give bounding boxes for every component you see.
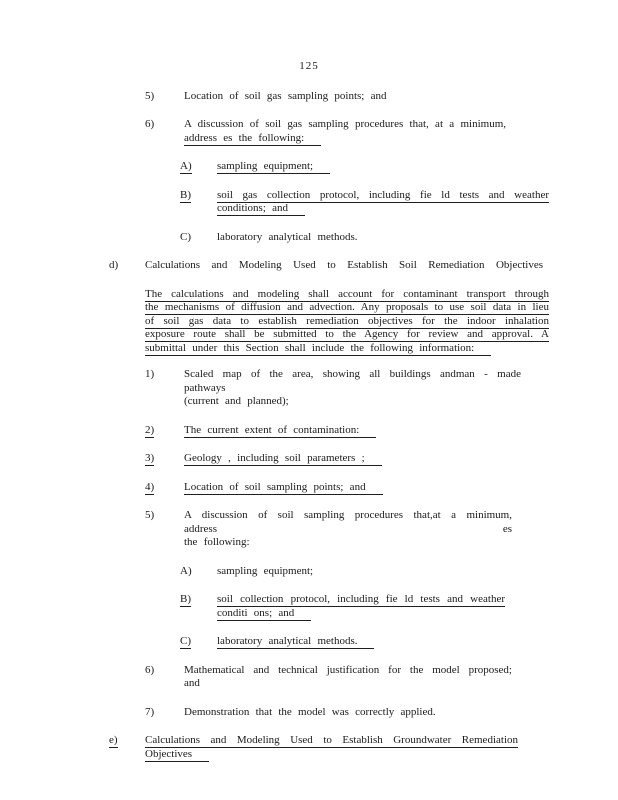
text-line: The calculations and modeling shall acco… — [145, 288, 549, 302]
item-content: Geology , including soil parameters ; — [184, 452, 512, 466]
item-marker: 3) — [145, 452, 184, 466]
item-content: Scaled map of the area, showing all buil… — [184, 368, 521, 409]
item-marker: B) — [180, 189, 217, 216]
text-line: A discussion of soil sampling procedures… — [184, 509, 512, 536]
text-segment: submittal under this Section shall inclu… — [145, 342, 491, 356]
text-segment: laboratory analytical methods. — [217, 635, 374, 649]
item-marker: A) — [180, 565, 217, 579]
item-marker-label: e) — [109, 734, 118, 748]
item-marker-label: 3) — [145, 452, 154, 466]
list-item: 6)A discussion of soil gas sampling proc… — [0, 118, 618, 145]
text-line: sampling equipment; — [217, 565, 505, 579]
item-content: The calculations and modeling shall acco… — [145, 288, 549, 356]
item-marker: 2) — [145, 424, 184, 438]
item-marker-label: 6) — [145, 118, 154, 130]
text-line: laboratory analytical methods. — [217, 635, 505, 649]
item-content: sampling equipment; — [217, 160, 505, 174]
item-marker: 7) — [145, 706, 184, 720]
text-line: Location of soil gas sampling points; an… — [184, 90, 512, 104]
list-item: A)sampling equipment; — [0, 565, 618, 579]
text-segment: Calculations and Modeling Used to Establ… — [145, 259, 543, 271]
document-page: 125 5)Location of soil gas sampling poin… — [0, 0, 618, 800]
text-line: submittal under this Section shall inclu… — [145, 342, 549, 356]
text-line: Scaled map of the area, showing all buil… — [184, 368, 521, 395]
item-marker: 5) — [145, 509, 184, 550]
item-content: Demonstration that the model was correct… — [184, 706, 512, 720]
text-segment: Objectives — [145, 748, 209, 762]
item-marker-label: 6) — [145, 664, 154, 676]
text-line: of soil gas data to establish remediatio… — [145, 315, 549, 329]
item-marker-label: B) — [180, 593, 191, 607]
item-marker: 6) — [145, 664, 184, 691]
text-line: the following: — [184, 536, 512, 550]
text-line: the mechanisms of diffusion and advectio… — [145, 301, 549, 315]
item-marker: B) — [180, 593, 217, 620]
text-segment: Location of soil gas sampling points; an… — [184, 90, 386, 102]
item-marker-label: 5) — [145, 509, 154, 521]
item-marker-label: 1) — [145, 368, 154, 380]
text-line: conditions; and — [217, 202, 549, 216]
list-item: 1)Scaled map of the area, showing all bu… — [0, 368, 618, 409]
item-marker: 5) — [145, 90, 184, 104]
text-line: exposure route shall be submitted to the… — [145, 328, 549, 342]
item-marker: d) — [109, 259, 145, 273]
text-line: Demonstration that the model was correct… — [184, 706, 512, 720]
item-content: The current extent of contamination: — [184, 424, 512, 438]
item-marker: A) — [180, 160, 217, 174]
item-content: A discussion of soil gas sampling proced… — [184, 118, 506, 145]
text-line: The current extent of contamination: — [184, 424, 512, 438]
item-content: A discussion of soil sampling procedures… — [184, 509, 512, 550]
text-segment: exposure route shall be submitted to the… — [145, 328, 549, 342]
text-segment: address es the following: — [184, 132, 321, 146]
item-marker-label: A) — [180, 565, 192, 577]
item-marker-label: 5) — [145, 90, 154, 102]
text-segment: The current extent of contamination: — [184, 424, 376, 438]
text-line: soil collection protocol, including fie … — [217, 593, 505, 607]
item-content: soil collection protocol, including fie … — [217, 593, 505, 620]
text-line: laboratory analytical methods. — [217, 231, 505, 245]
text-line: Calculations and Modeling Used to Establ… — [145, 259, 543, 273]
item-content: soil gas collection protocol, including … — [217, 189, 549, 216]
text-segment: soil collection protocol, including fie … — [217, 593, 505, 607]
list-item: 7)Demonstration that the model was corre… — [0, 706, 618, 720]
text-line: A discussion of soil gas sampling proced… — [184, 118, 506, 132]
item-marker-label: 2) — [145, 424, 154, 438]
text-line: (current and planned); — [184, 395, 521, 409]
item-marker: 1) — [145, 368, 184, 409]
item-marker: 6) — [145, 118, 184, 145]
list-item: 2)The current extent of contamination: — [0, 424, 618, 438]
text-line: Mathematical and technical justification… — [184, 664, 512, 691]
list-item: C)laboratory analytical methods. — [0, 231, 618, 245]
text-segment: the following: — [184, 536, 250, 548]
text-segment: soil gas collection protocol, including … — [217, 189, 549, 203]
text-segment: conditions; and — [217, 202, 305, 216]
item-marker: 4) — [145, 481, 184, 495]
text-line: address es the following: — [184, 132, 506, 146]
item-marker-label: A) — [180, 160, 192, 174]
text-segment: of soil gas data to establish remediatio… — [145, 315, 549, 329]
list-item: 6)Mathematical and technical justificati… — [0, 664, 618, 691]
item-marker-label: d) — [109, 259, 118, 271]
item-marker-label: 4) — [145, 481, 154, 495]
document-body: 5)Location of soil gas sampling points; … — [0, 90, 618, 762]
list-item: 4)Location of soil sampling points; and — [0, 481, 618, 495]
text-segment: Scaled map of the area, showing all buil… — [184, 368, 521, 394]
item-marker-label: C) — [180, 635, 191, 649]
text-segment: Demonstration that the model was correct… — [184, 706, 436, 718]
list-item: 5)A discussion of soil sampling procedur… — [0, 509, 618, 550]
item-content: laboratory analytical methods. — [217, 231, 505, 245]
item-marker: e) — [109, 734, 145, 761]
item-content: laboratory analytical methods. — [217, 635, 505, 649]
text-segment: A discussion of soil sampling procedures… — [184, 509, 512, 535]
item-content: Calculations and Modeling Used to Establ… — [145, 734, 518, 761]
list-item: B)soil gas collection protocol, includin… — [0, 189, 618, 216]
text-segment: (current and planned); — [184, 395, 289, 407]
item-content: Location of soil gas sampling points; an… — [184, 90, 512, 104]
text-segment: sampling equipment; — [217, 565, 313, 577]
text-segment: The calculations and modeling shall acco… — [145, 288, 549, 302]
text-line: sampling equipment; — [217, 160, 505, 174]
item-marker: C) — [180, 231, 217, 245]
text-line: Geology , including soil parameters ; — [184, 452, 512, 466]
text-segment: Location of soil sampling points; and — [184, 481, 383, 495]
item-marker-label: C) — [180, 231, 191, 243]
item-marker-label: 7) — [145, 706, 154, 718]
text-segment: sampling equipment; — [217, 160, 330, 174]
text-line: Location of soil sampling points; and — [184, 481, 512, 495]
text-segment: conditi ons; and — [217, 607, 311, 621]
list-item: B)soil collection protocol, including fi… — [0, 593, 618, 620]
item-content: sampling equipment; — [217, 565, 505, 579]
text-segment: A discussion of soil gas sampling proced… — [184, 118, 506, 130]
text-line: Objectives — [145, 748, 518, 762]
item-content: Location of soil sampling points; and — [184, 481, 512, 495]
list-item: 3)Geology , including soil parameters ; — [0, 452, 618, 466]
list-item: 5)Location of soil gas sampling points; … — [0, 90, 618, 104]
item-content: Calculations and Modeling Used to Establ… — [145, 259, 543, 273]
text-line: soil gas collection protocol, including … — [217, 189, 549, 203]
text-line: conditi ons; and — [217, 607, 505, 621]
list-item: d)Calculations and Modeling Used to Esta… — [0, 259, 618, 273]
list-item: A)sampling equipment; — [0, 160, 618, 174]
item-content: Mathematical and technical justification… — [184, 664, 512, 691]
item-marker: C) — [180, 635, 217, 649]
list-item: C)laboratory analytical methods. — [0, 635, 618, 649]
text-segment: laboratory analytical methods. — [217, 231, 357, 243]
page-number: 125 — [0, 60, 618, 74]
text-segment: Calculations and Modeling Used to Establ… — [145, 734, 518, 748]
text-segment: Geology , including soil parameters ; — [184, 452, 382, 466]
item-marker-label: B) — [180, 189, 191, 203]
text-segment: Mathematical and technical justification… — [184, 664, 512, 690]
text-line: Calculations and Modeling Used to Establ… — [145, 734, 518, 748]
paragraph: The calculations and modeling shall acco… — [0, 288, 618, 356]
list-item: e)Calculations and Modeling Used to Esta… — [0, 734, 618, 761]
text-segment: the mechanisms of diffusion and advectio… — [145, 301, 549, 315]
